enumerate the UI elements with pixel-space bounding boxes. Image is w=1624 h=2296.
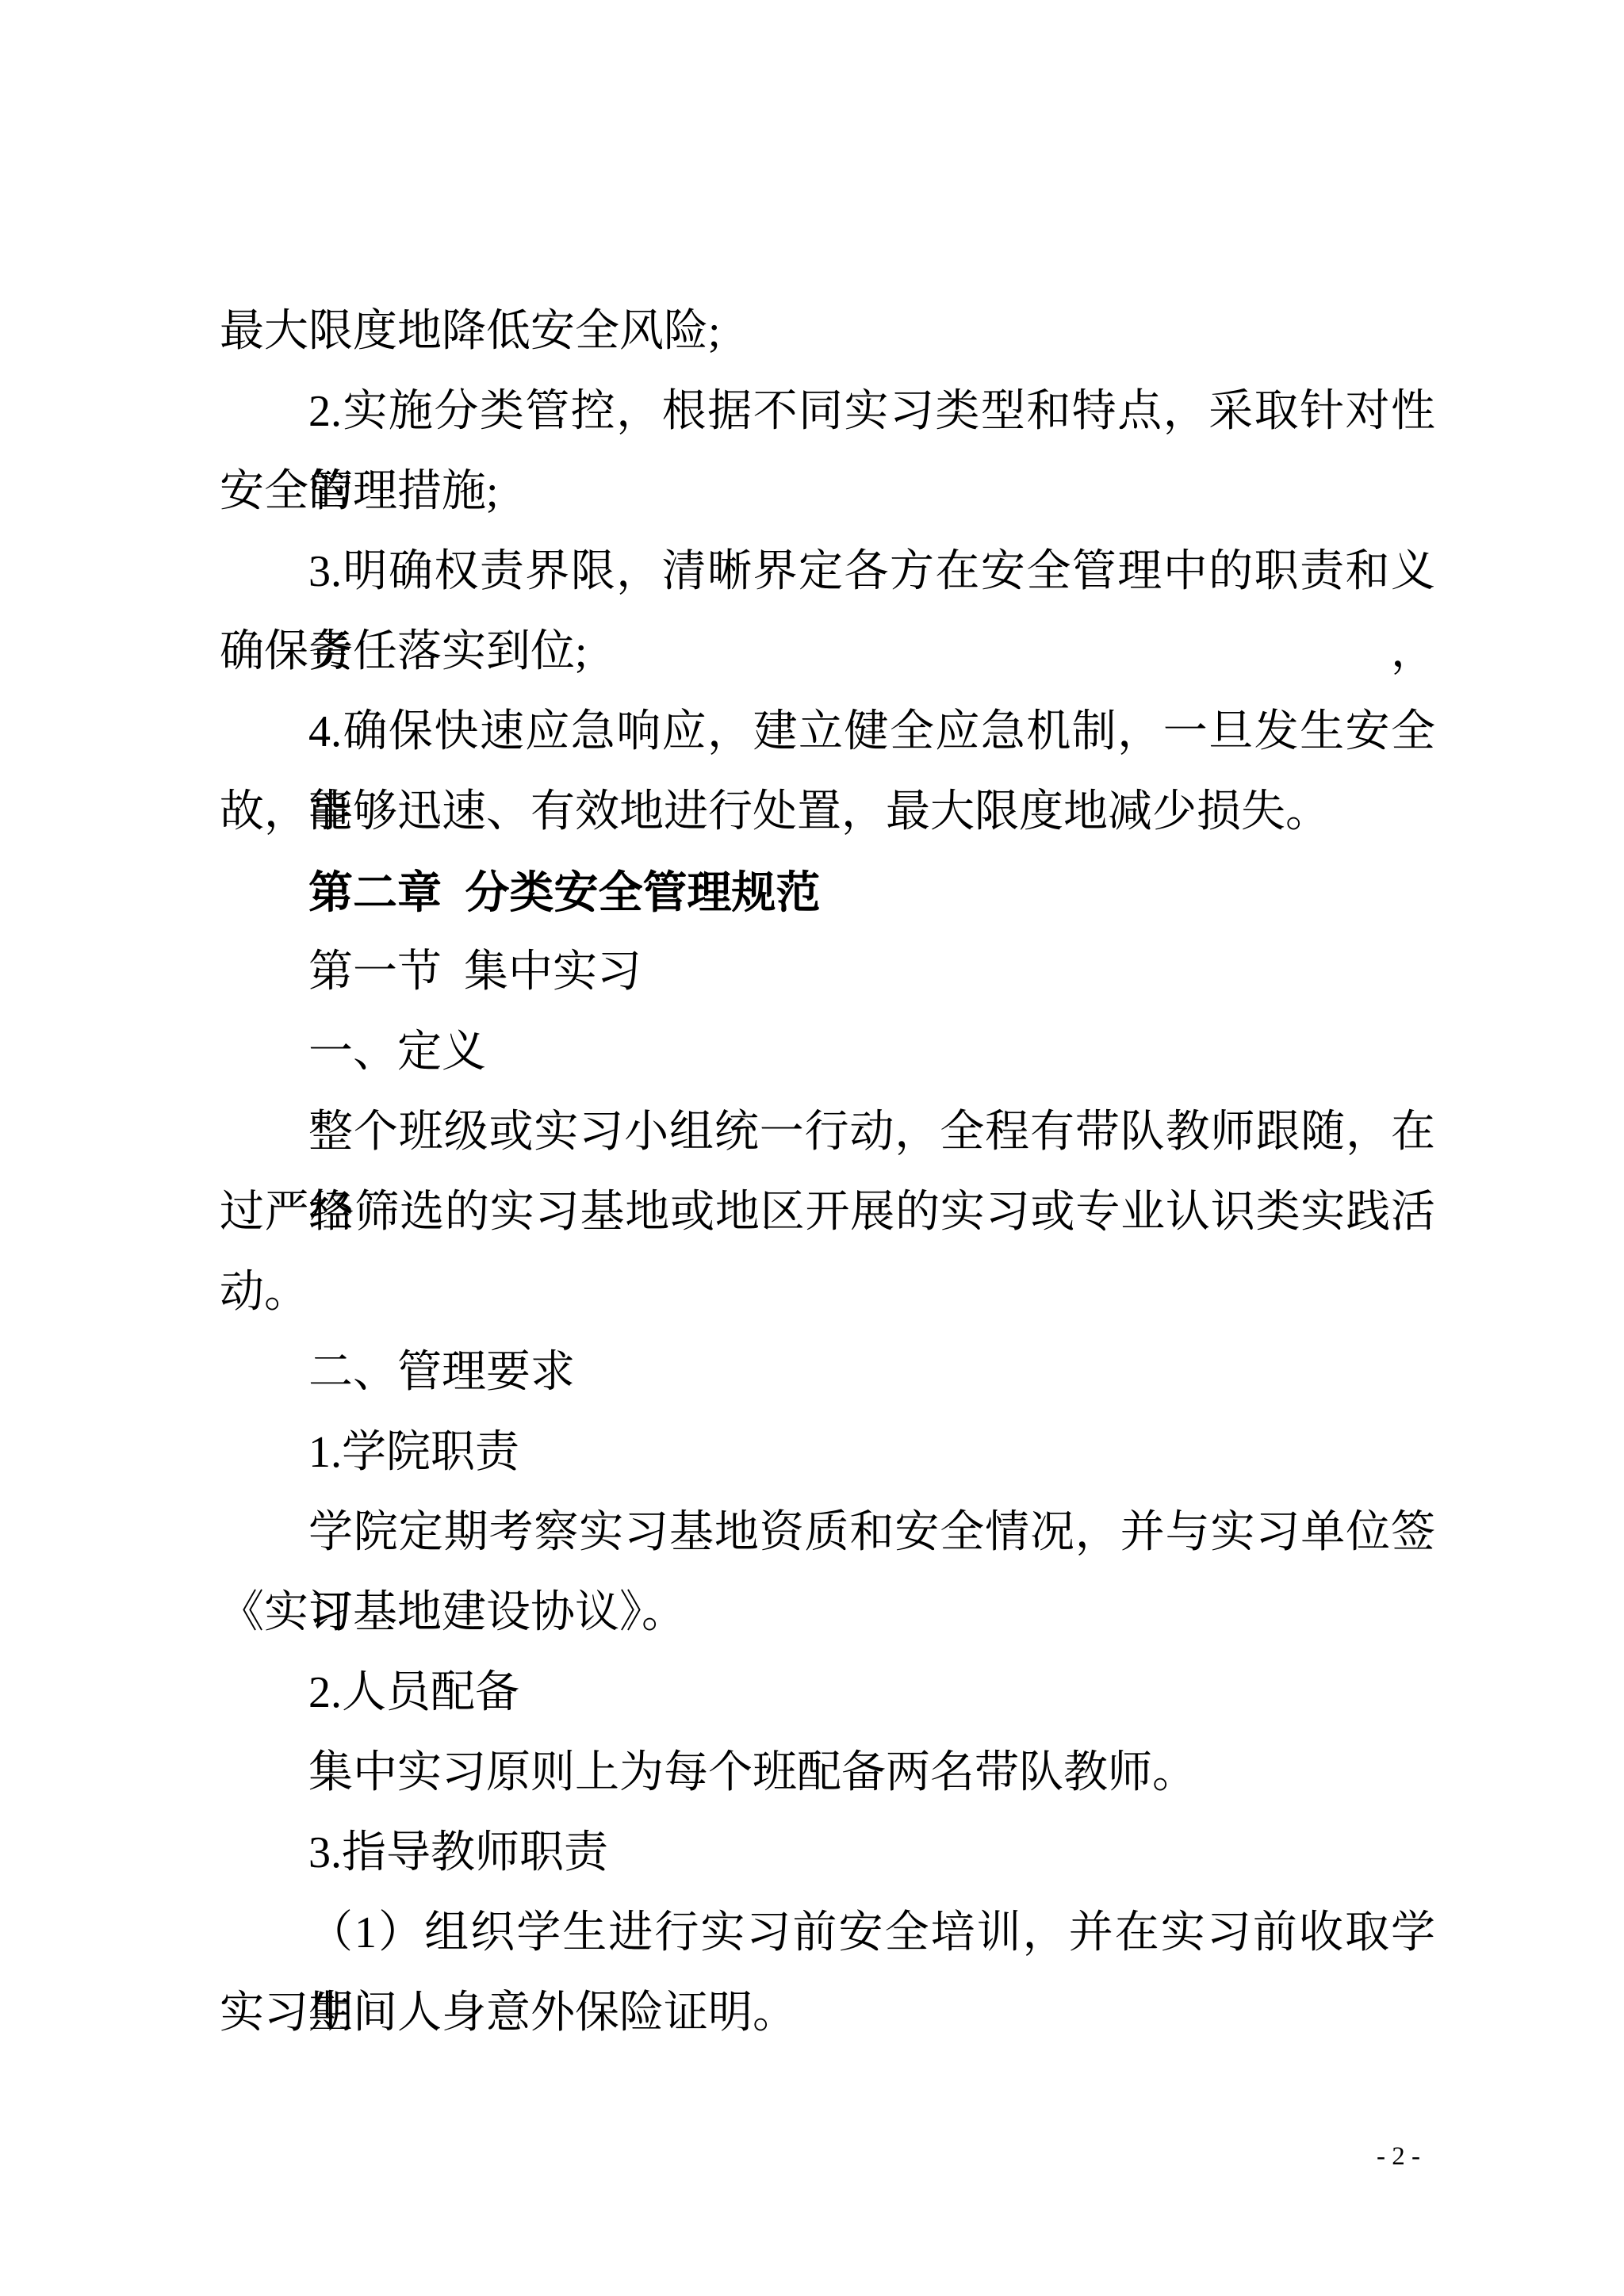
section-heading: 第一节 集中实习 (220, 932, 1435, 1012)
body-line: 过严格筛选的实习基地或地区开展的实习或专业认识类实践活 (220, 1173, 1435, 1253)
page-number: - 2 - (1377, 2141, 1420, 2172)
body-line: 2.实施分类管控，根据不同实习类型和特点，采取针对性的 (220, 372, 1435, 452)
body-line: 1.学院职责 (220, 1413, 1435, 1493)
body-line: 学院定期考察实习基地资质和安全情况，并与实习单位签订 (220, 1493, 1435, 1573)
document-text: 最大限度地降低安全风险; 2.实施分类管控，根据不同实习类型和特点，采取针对性的… (220, 292, 1435, 2053)
body-line: 故，能够迅速、有效地进行处置，最大限度地减少损失。 (220, 772, 1435, 852)
body-line: 集中实习原则上为每个班配备两名带队教师。 (220, 1733, 1435, 1813)
body-line: 3.明确权责界限，清晰界定各方在安全管理中的职责和义务， (220, 532, 1435, 612)
body-line: 4.确保快速应急响应，建立健全应急机制，一旦发生安全事 (220, 692, 1435, 772)
body-line: 动。 (220, 1253, 1435, 1333)
body-line: （1）组织学生进行实习前安全培训，并在实习前收取学生 (220, 1893, 1435, 1973)
body-line: 实习期间人身意外保险证明。 (220, 1973, 1435, 2053)
body-line: 整个班级或实习小组统一行动，全程有带队教师跟随，在经 (220, 1093, 1435, 1173)
body-line: 3.指导教师职责 (220, 1813, 1435, 1893)
body-line: 最大限度地降低安全风险; (220, 292, 1435, 372)
document-page: 最大限度地降低安全风险; 2.实施分类管控，根据不同实习类型和特点，采取针对性的… (0, 0, 1624, 2296)
body-line: 安全管理措施; (220, 452, 1435, 532)
body-line: 一、定义 (220, 1012, 1435, 1093)
body-line: 《实习基地建设协议》。 (220, 1573, 1435, 1653)
body-line: 2.人员配备 (220, 1653, 1435, 1733)
body-line: 二、管理要求 (220, 1333, 1435, 1413)
chapter-heading: 第二章 分类安全管理规范 (220, 852, 1435, 932)
